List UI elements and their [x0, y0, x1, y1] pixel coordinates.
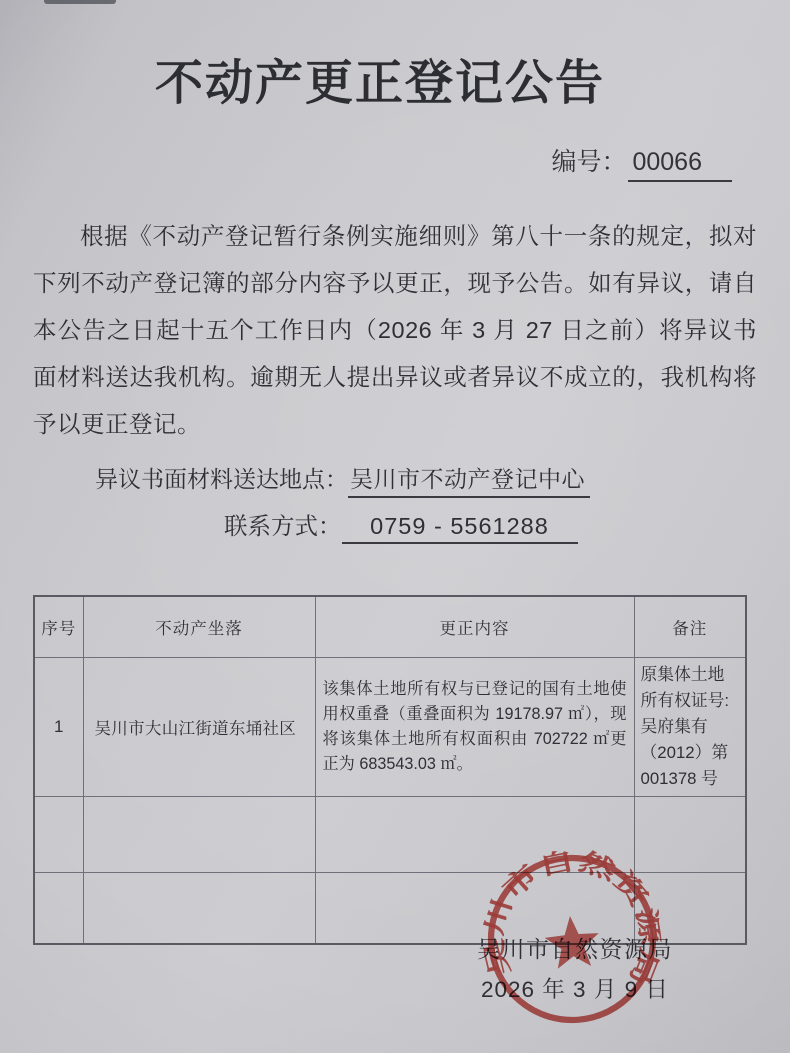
cell-serial — [34, 797, 83, 873]
column-header-location: 不动产坐落 — [83, 596, 315, 658]
cell-remark: 原集体土地所有权证号:吴府集有（2012）第 001378 号 — [634, 658, 746, 797]
cell-location: 吴川市大山江街道东埇社区 — [83, 658, 315, 797]
cell-serial — [34, 873, 83, 944]
star-icon — [543, 914, 601, 970]
page-title: 不动产更正登记公告 — [130, 44, 630, 113]
document-page: 不动产更正登记公告 编号：00066 根据《不动产登记暂行条例实施细则》第八十一… — [0, 0, 790, 1053]
column-header-remark: 备注 — [634, 596, 746, 658]
table-header-row: 序号 不动产坐落 更正内容 备注 — [34, 596, 746, 658]
cell-serial: 1 — [34, 658, 83, 797]
column-header-serial: 序号 — [34, 596, 83, 658]
cell-content: 该集体土地所有权与已登记的国有土地使用权重叠（重叠面积为 19178.97 ㎡）… — [315, 658, 634, 797]
cell-location — [83, 873, 315, 944]
contact-value: 0759 - 5561288 — [342, 513, 578, 544]
table-row: 1 吴川市大山江街道东埇社区 该集体土地所有权与已登记的国有土地使用权重叠（重叠… — [34, 658, 746, 797]
doc-number: 编号：00066 — [551, 142, 732, 182]
delivery-label: 异议书面材料送达地点： — [95, 466, 348, 492]
delivery-value: 吴川市不动产登记中心 — [348, 461, 590, 498]
cell-location — [83, 797, 315, 873]
photo-edge-artifact — [44, 0, 116, 4]
column-header-content: 更正内容 — [315, 596, 634, 658]
official-seal: 吴川市自然资源局 — [476, 843, 669, 1036]
contact-label: 联系方式： — [224, 513, 342, 539]
body-paragraph: 根据《不动产登记暂行条例实施细则》第八十一条的规定，拟对下列不动产登记簿的部分内… — [33, 213, 757, 448]
contact-line: 联系方式：0759 - 5561288 — [224, 507, 578, 544]
doc-number-label: 编号： — [551, 148, 626, 176]
doc-number-value: 00066 — [628, 148, 732, 182]
delivery-line: 异议书面材料送达地点：吴川市不动产登记中心 — [95, 461, 590, 498]
